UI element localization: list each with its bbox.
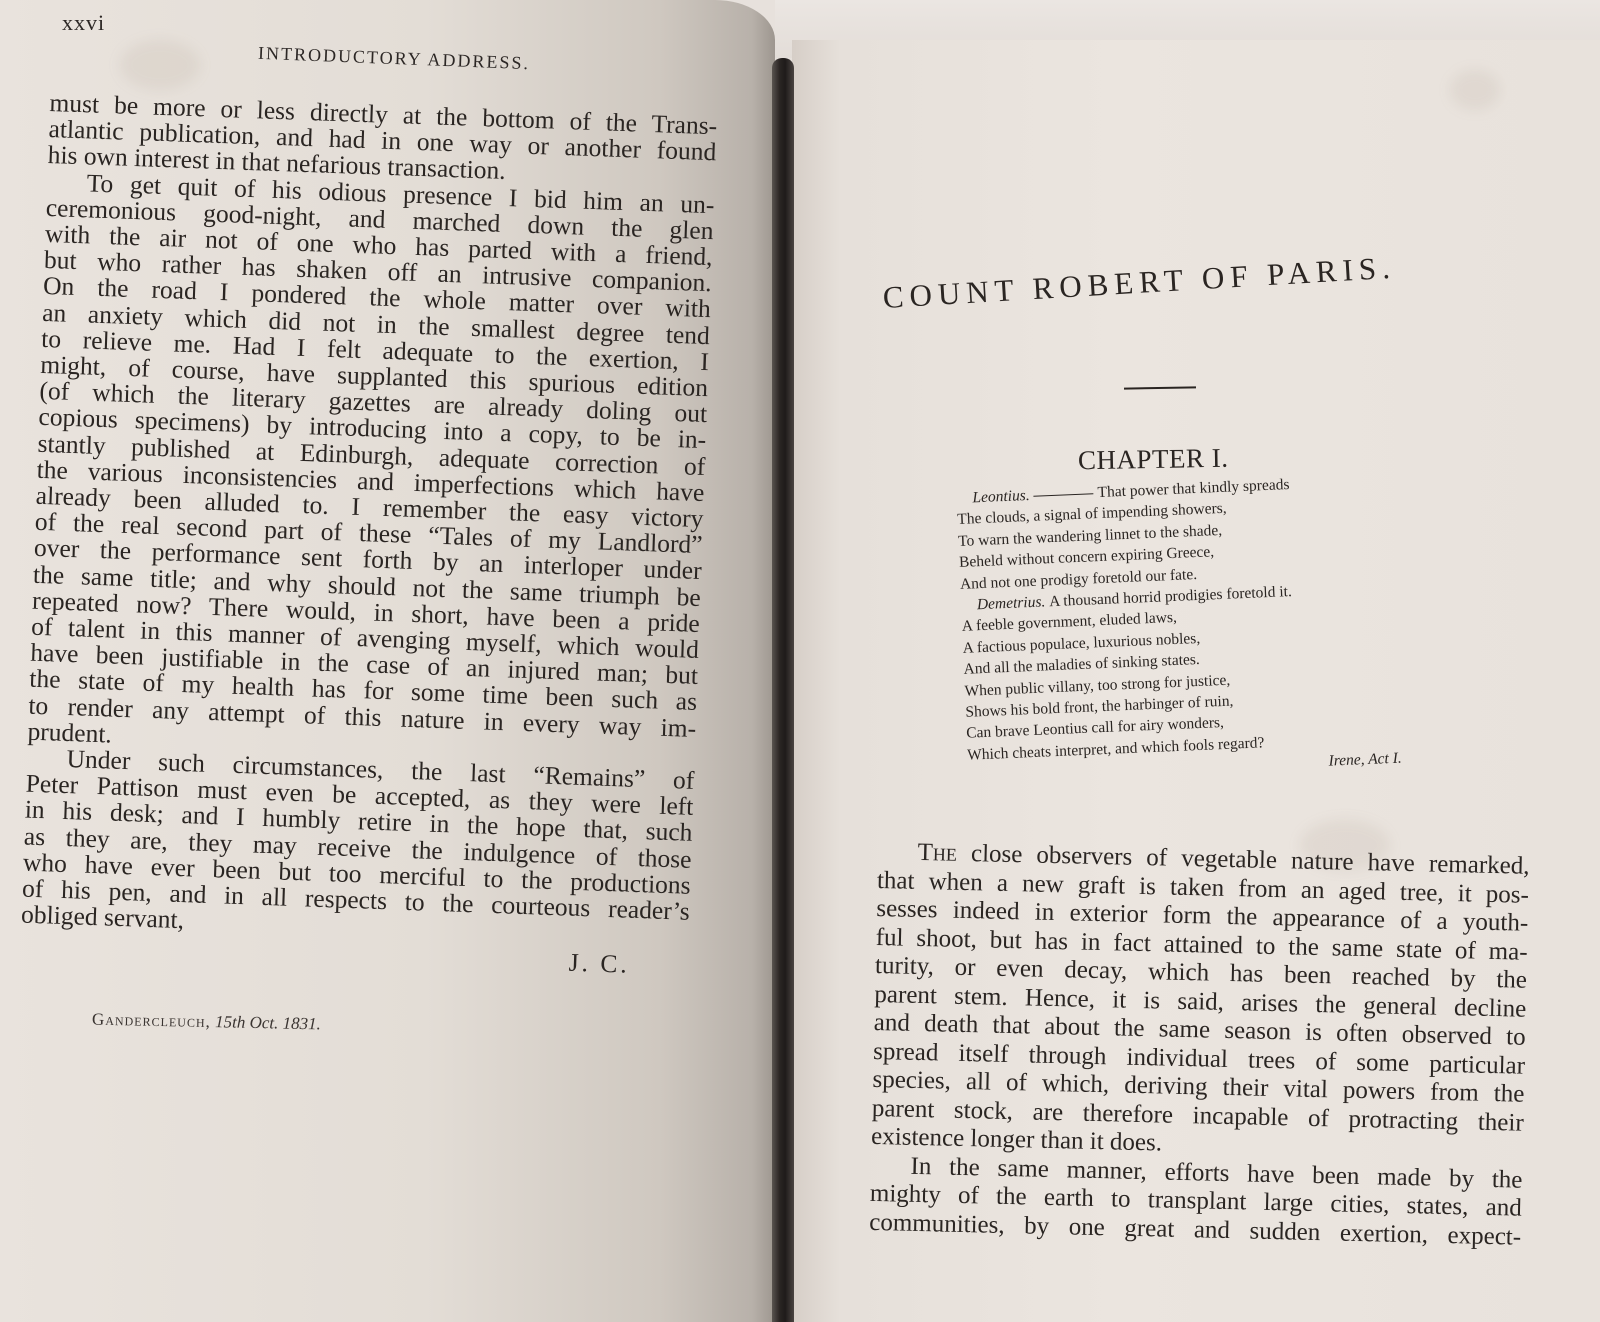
speaker-name: Leontius. bbox=[972, 487, 1030, 506]
paper-stain bbox=[120, 40, 200, 90]
speaker-name: Demetrius. bbox=[977, 593, 1046, 613]
dateline-place: Gandercleuch, bbox=[92, 1010, 211, 1031]
dateline-date: 15th Oct. 1831. bbox=[215, 1012, 321, 1033]
paper-stain bbox=[1450, 70, 1500, 110]
epigraph: Leontius.That power that kindly spreads … bbox=[956, 468, 1438, 787]
chapter-title: CHAPTER I. bbox=[1078, 443, 1229, 477]
em-dash-rule bbox=[1034, 493, 1094, 497]
paragraph: Under such circumstances, the last “Rema… bbox=[21, 745, 695, 952]
right-page-body: The close observers of vegetable nature … bbox=[869, 838, 1530, 1252]
left-page-body: must be more or less directly at the bot… bbox=[20, 90, 718, 979]
drop-word: The bbox=[917, 839, 957, 867]
paragraph: To get quit of his odious presence I bid… bbox=[27, 169, 715, 768]
open-book-spread: xxvi INTRODUCTORY ADDRESS. must be more … bbox=[0, 0, 1600, 1322]
page-number: xxvi bbox=[62, 10, 105, 36]
book-gutter bbox=[772, 58, 794, 1322]
